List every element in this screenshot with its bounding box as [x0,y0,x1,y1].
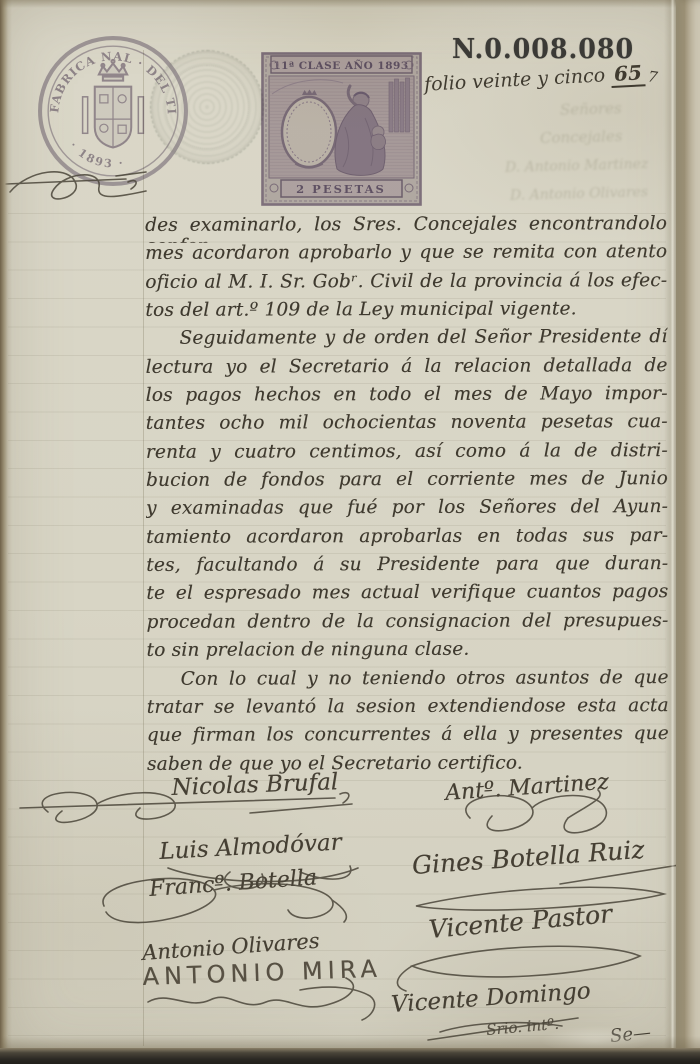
signatures-layer: Nicolas BrufalAntº. MartinezLuis Almodóv… [0,0,700,1064]
signature: Francº. Botella [148,865,318,902]
page-edge-top [0,0,700,8]
page-gutter [676,0,700,1064]
signature: Antº. Martinez [444,770,609,806]
signature: Vicente Pastor [427,899,613,944]
scanned-document-page: FABRICA NAL · DEL TIMBRE · 1893 · [0,0,700,1064]
signature: Gines Botella Ruiz [411,835,645,880]
page-edge-bottom-shadow [0,1036,700,1048]
signature: Luis Almodóvar [159,829,343,865]
signature: Nicolas Brufal [171,769,338,801]
page-edge-left [0,0,12,1064]
page-edge-bottom [0,1048,700,1064]
signature: Vicente Domingo [390,978,591,1018]
